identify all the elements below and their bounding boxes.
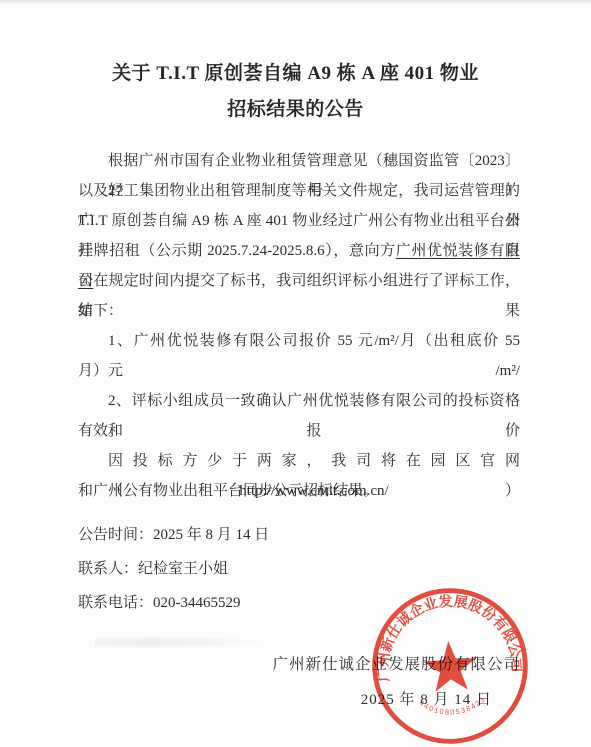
underlined-text: 司 bbox=[78, 273, 93, 289]
title-line-1: 关于 T.I.T 原创荟自编 A9 栋 A 座 401 物业 bbox=[0, 56, 591, 92]
body-line: 司在规定时间内提交了标书，我司组织评标小组进行了评标工作，结果 bbox=[78, 266, 520, 296]
body-line: 因投标方少于两家，我司将在园区官网（http://www.cntit.com.c… bbox=[78, 446, 520, 476]
body-line: T.I.T 原创荟自编 A9 栋 A 座 401 物业经过广州公有物业出租平台公… bbox=[78, 206, 520, 236]
body-line: 2、评标小组成员一致确认广州优悦装修有限公司的投标资格和报价 bbox=[78, 386, 520, 416]
body-text: 月） bbox=[78, 363, 108, 379]
body-line: 根据广州市国有企业物业租赁管理意见（穗国资监管〔2023〕27 号） bbox=[78, 146, 520, 176]
body-text: 如下： bbox=[78, 303, 123, 319]
body-line: 挂牌招租（公示期 2025.7.24-2025.8.6），意向方广州优悦装修有限… bbox=[78, 236, 520, 266]
body-text: 1、广州优悦装修有限公司报价 55 元/m²/月（出租底价 55 元/m²/ bbox=[108, 333, 520, 379]
contact-line: 联系人：纪检室王小姐 bbox=[78, 552, 520, 586]
announcement-page: 关于 T.I.T 原创荟自编 A9 栋 A 座 401 物业 招标结果的公告 根… bbox=[0, 0, 591, 747]
page-title: 关于 T.I.T 原创荟自编 A9 栋 A 座 401 物业 招标结果的公告 bbox=[0, 56, 591, 128]
scan-smudge bbox=[95, 635, 275, 649]
company-seal-stamp: 广州新仕诚企业发展股份有限公司 4401080538423 bbox=[364, 580, 537, 747]
body-line: 1、广州优悦装修有限公司报价 55 元/m²/月（出租底价 55 元/m²/ bbox=[78, 326, 520, 356]
body-line: 以及轻工集团物业出租管理制度等相关文件规定，我司运营管理的广州 bbox=[78, 176, 520, 206]
body-text: 和广州公有物业出租平台同步公示招标结果。 bbox=[78, 483, 378, 499]
body-text: 2、评标小组成员一致确认广州优悦装修有限公司的投标资格和报价 bbox=[108, 393, 520, 439]
title-line-2: 招标结果的公告 bbox=[0, 92, 591, 128]
body-text: 挂牌招租（公示期 2025.7.24-2025.8.6），意向方 bbox=[78, 243, 396, 259]
seal-number-text: 4401080538423 bbox=[417, 694, 488, 719]
seal-star-icon bbox=[422, 639, 478, 692]
document-body: 根据广州市国有企业物业租赁管理意见（穗国资监管〔2023〕27 号）以及轻工集团… bbox=[78, 146, 520, 506]
body-text: 在规定时间内提交了标书，我司组织评标小组进行了评标工作，结果 bbox=[78, 273, 520, 319]
contact-line: 公告时间：2025 年 8 月 14 日 bbox=[78, 518, 520, 552]
body-text: 有效。 bbox=[78, 423, 123, 439]
svg-text:4401080538423: 4401080538423 bbox=[417, 694, 488, 719]
